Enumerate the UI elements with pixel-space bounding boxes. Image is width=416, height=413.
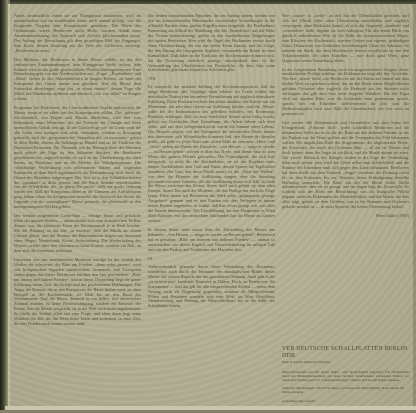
body-paragraph: In der fortgesetzten Bemühung wird ein a… bbox=[282, 68, 409, 118]
handling-notice: Mikrorillenplatten nur mit einem Mikro- … bbox=[282, 370, 409, 383]
text-column-1: Amen ausdrücklich ruhen sie am Klanggrun… bbox=[14, 14, 141, 406]
cover-art-credit: Titelseite: Michelangelo, Die Erschaffun… bbox=[282, 386, 409, 394]
body-paragraph: Es entspricht der sozialen Stellung der … bbox=[148, 85, 275, 224]
record-sleeve-back: Amen ausdrücklich ruhen sie am Klanggrun… bbox=[0, 0, 416, 413]
sleeve-spine bbox=[0, 0, 8, 413]
made-in-line: Made in German Democratic Republic bbox=[282, 361, 409, 365]
body-paragraph: In diesem Sinne steht zuerst über der Da… bbox=[148, 228, 275, 253]
body-paragraph: Umsetzen wie den ausführenden Musikern z… bbox=[14, 258, 141, 327]
body-paragraph: Das Medium, das Beethoven in dieser Mess… bbox=[14, 58, 141, 103]
design-credit: Gestaltung: Ingo Arnold bbox=[282, 399, 409, 403]
body-paragraph: Programm bei Beethoven: der Liszt-tradie… bbox=[14, 106, 141, 210]
imprint-block: VEB DEUTSCHE SCHALLPLATTEN BERLIN DDR Ma… bbox=[282, 346, 409, 413]
author-signature: Peter Gülke (1969) bbox=[282, 214, 409, 219]
body-paragraph: Und wieder alle Deklamatorik und Gestenl… bbox=[282, 121, 409, 210]
body-paragraph: Außerordentlich gemacht durch diese Verb… bbox=[148, 265, 275, 310]
publisher-name: VEB DEUTSCHE SCHALLPLATTEN BERLIN DDR bbox=[282, 346, 409, 360]
body-paragraph: Der weithin ausgedehnte Credo-Satz — ein… bbox=[14, 214, 141, 254]
text-column-2: Die beiden instrumentalen Episoden, die … bbox=[148, 14, 275, 406]
section-number: IX. bbox=[148, 257, 275, 262]
body-paragraph: Wie „contra“ so „credo“: an den Ton der … bbox=[282, 14, 409, 64]
sleeve-top-edge bbox=[0, 0, 416, 4]
body-paragraph: Die beiden instrumentalen Episoden, die … bbox=[148, 14, 275, 73]
section-number: VIII. bbox=[148, 77, 275, 82]
spine-highlight bbox=[8, 0, 10, 413]
body-paragraph: Amen ausdrücklich ruhen sie am Klanggrun… bbox=[14, 14, 141, 54]
